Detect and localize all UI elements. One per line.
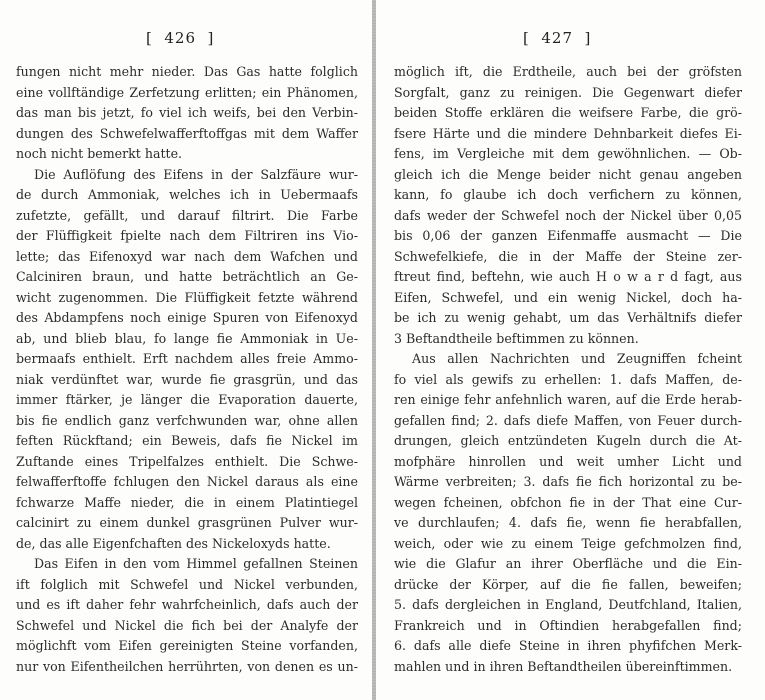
text-line: der Flüffigkeit fpielte nach dem Filtrir…: [16, 226, 358, 247]
text-line: bis fie endlich ganz verfchwunden war, o…: [16, 411, 358, 432]
text-line: Sorgfalt, ganz zu reinigen. Die Gegenwar…: [394, 83, 742, 104]
text-line: kann, fo glaube ich doch verfichern zu k…: [394, 185, 742, 206]
book-spine: [372, 0, 376, 700]
text-line: weich, oder wie zu einem Teige gefchmolz…: [394, 534, 742, 555]
right-page-text: möglich ift, die Erdtheile, auch bei der…: [394, 62, 742, 677]
text-line: möglich ift, die Erdtheile, auch bei der…: [394, 62, 742, 83]
text-line: fsere Härte und die mindere Dehnbarkeit …: [394, 124, 742, 145]
text-line: calcinirt zu einem dunkel grasgrünen Pul…: [16, 513, 358, 534]
text-line: dafs weder der Schwefel noch der Nickel …: [394, 206, 742, 227]
text-line: lette; das Eifenoxyd war nach dem Wafche…: [16, 247, 358, 268]
left-page: [ 426 ] fungen nicht mehr nieder. Das Ga…: [0, 0, 372, 700]
right-page: [ 427 ] möglich ift, die Erdtheile, auch…: [377, 0, 765, 700]
text-line: Die Auflöfung des Eifens in der Salzfäur…: [16, 165, 358, 186]
text-line: wegen fcheinen, obfchon fie in der That …: [394, 493, 742, 514]
text-line: ren einige fehr anfehnlich waren, auf di…: [394, 390, 742, 411]
left-page-text: fungen nicht mehr nieder. Das Gas hatte …: [16, 62, 358, 677]
page-number-left: [ 426 ]: [146, 29, 214, 47]
text-line: de, das alle Eigenfchaften des Nickeloxy…: [16, 534, 358, 555]
text-line: fens, im Vergleiche mit dem gewöhnlichen…: [394, 144, 742, 165]
text-line: Aus allen Nachrichten und Zeugniffen fch…: [394, 349, 742, 370]
text-line: mahlen und in ihren Beftandtheilen übere…: [394, 657, 742, 678]
text-line: ftreut find, beftehn, wie auch H o w a r…: [394, 267, 742, 288]
text-line: niak verdünftet war, wurde fie grasgrün,…: [16, 370, 358, 391]
text-line: beiden Stoffe erklären die weifsere Farb…: [394, 103, 742, 124]
text-line: feften Rückftand; ein Beweis, dafs fie N…: [16, 431, 358, 452]
text-line: felwafferftoffe fchlugen den Nickel dara…: [16, 472, 358, 493]
text-line: fo viel als gewifs zu erhellen: 1. dafs …: [394, 370, 742, 391]
text-line: Wärme verbreiten; 3. dafs fie fich horiz…: [394, 472, 742, 493]
text-line: Calciniren braun, und hatte beträchtlich…: [16, 267, 358, 288]
text-line: 5. dafs dergleichen in England, Deutfchl…: [394, 595, 742, 616]
text-line: bis 0,06 der ganzen Eifenmaffe ausmacht …: [394, 226, 742, 247]
text-line: und es ift daher fehr wahrfcheinlich, da…: [16, 595, 358, 616]
text-line: möglichft vom Eifen gereinigten Steine v…: [16, 636, 358, 657]
text-line: immer ftärker, je länger die Evaporation…: [16, 390, 358, 411]
text-line: de durch Ammoniak, welches ich in Ueberm…: [16, 185, 358, 206]
text-line: fungen nicht mehr nieder. Das Gas hatte …: [16, 62, 358, 83]
text-line: das man bis jetzt, fo viel ich weifs, be…: [16, 103, 358, 124]
text-line: Schwefelkiefe, die in der Maffe der Stei…: [394, 247, 742, 268]
text-line: nur von Eifentheilchen herrührten, von d…: [16, 657, 358, 678]
text-line: bermaafs enthielt. Erft nachdem alles fr…: [16, 349, 358, 370]
text-line: zufetzte, gefällt, und darauf filtrirt. …: [16, 206, 358, 227]
text-line: ab, und blieb blau, fo lange fie Ammonia…: [16, 329, 358, 350]
text-line: drücke der Körper, auf die fie fallen, b…: [394, 575, 742, 596]
text-line: Das Eifen in den vom Himmel gefallnen St…: [16, 554, 358, 575]
text-line: noch nicht bemerkt hatte.: [16, 144, 358, 165]
text-line: Eifen, Schwefel, und ein wenig Nickel, d…: [394, 288, 742, 309]
text-line: gefallen find; 2. dafs diefe Maffen, von…: [394, 411, 742, 432]
text-line: gleich ich die Menge beider nicht genau …: [394, 165, 742, 186]
text-line: mofphäre hinrollen und weit umher Licht …: [394, 452, 742, 473]
text-line: wicht zugenommen. Die Flüffigkeit fetzte…: [16, 288, 358, 309]
text-line: 3 Beftandtheile beftimmen zu können.: [394, 329, 742, 350]
page-number-right: [ 427 ]: [523, 29, 591, 47]
text-line: Frankreich und in Oftindien herabgefalle…: [394, 616, 742, 637]
text-line: fchwarze Maffe nieder, die in einem Plat…: [16, 493, 358, 514]
text-line: ve durchlaufen; 4. dafs fie, wenn fie he…: [394, 513, 742, 534]
text-line: Zuftande eines Tripelfalzes enthielt. Di…: [16, 452, 358, 473]
text-line: dungen des Schwefelwafferftoffgas mit de…: [16, 124, 358, 145]
text-line: Schwefel und Nickel die fich bei der Ana…: [16, 616, 358, 637]
text-line: ift folglich mit Schwefel und Nickel ver…: [16, 575, 358, 596]
book-spread: [ 426 ] fungen nicht mehr nieder. Das Ga…: [0, 0, 765, 700]
text-line: 6. dafs alle diefe Steine in ihren phyfi…: [394, 636, 742, 657]
text-line: eine vollftändige Zerfetzung erlitten; e…: [16, 83, 358, 104]
text-line: wie die Glafur an ihrer Oberfläche und d…: [394, 554, 742, 575]
text-line: be ich zu wenig gehabt, um das Verhältni…: [394, 308, 742, 329]
text-line: drungen, gleich entzündeten Kugeln durch…: [394, 431, 742, 452]
text-line: des Abdampfens noch einige Spuren von Ei…: [16, 308, 358, 329]
